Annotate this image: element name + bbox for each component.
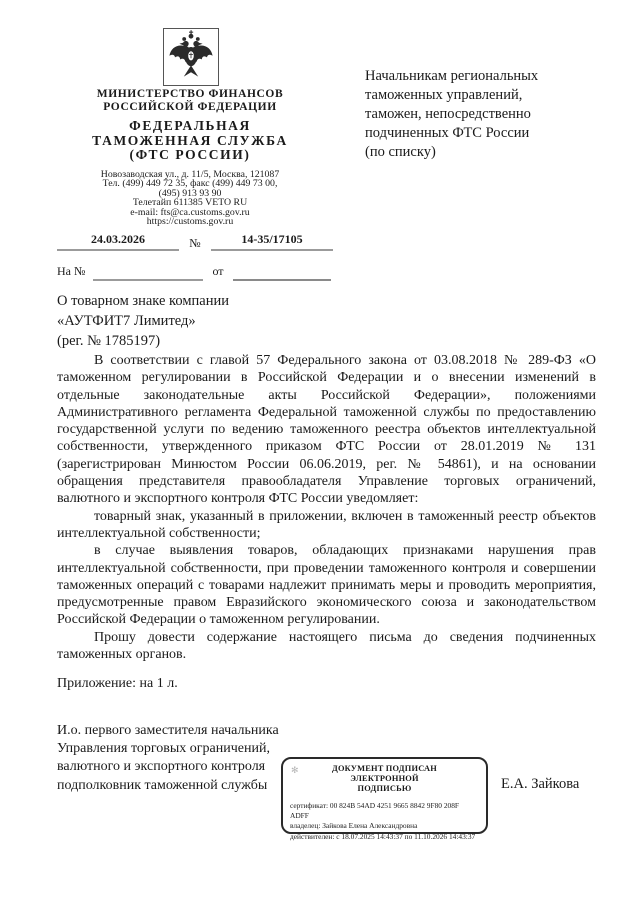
contact-info: Новозаводская ул., д. 11/5, Москва, 1210… (45, 170, 335, 228)
addressee-line: Начальникам региональных (365, 67, 615, 86)
reply-from-label: от (203, 264, 233, 281)
reference-block: 24.03.2026 № 14-35/17105 На № от (57, 232, 333, 281)
incoming-ref-row: На № от (57, 264, 333, 281)
letter-date: 24.03.2026 (57, 232, 179, 251)
signer-position-line: валютного и экспортного контроля (57, 758, 297, 776)
addressee-line: подчиненных ФТС России (365, 124, 615, 143)
signer-position-block: И.о. первого заместителя начальника Упра… (57, 722, 297, 795)
agency-name-line1: ФЕДЕРАЛЬНАЯ (45, 119, 335, 134)
letter-page: МИНИСТЕРСТВО ФИНАНСОВ РОССИЙСКОЙ ФЕДЕРАЦ… (0, 0, 640, 905)
addressee-line: таможен, непосредственно (365, 105, 615, 124)
body-paragraph: в случае выявления товаров, обладающих п… (57, 542, 596, 628)
body-paragraph: товарный знак, указанный в приложении, в… (57, 508, 596, 543)
small-crest-icon: ✻ (291, 765, 299, 776)
russia-coat-of-arms-icon (167, 29, 215, 86)
subject-line: (рег. № 1785197) (57, 331, 357, 351)
subject-block: О товарном знаке компании «АУТФИТ7 Лимит… (57, 291, 357, 351)
body-paragraph: Прошу довести содержание настоящего пись… (57, 629, 596, 664)
agency-name: ФЕДЕРАЛЬНАЯ ТАМОЖЕННАЯ СЛУЖБА (ФТС РОССИ… (45, 119, 335, 163)
signer-position-line: И.о. первого заместителя начальника (57, 722, 297, 740)
reply-number-blank (93, 265, 203, 281)
agency-name-line2: ТАМОЖЕННАЯ СЛУЖБА (45, 134, 335, 149)
outgoing-ref-row: 24.03.2026 № 14-35/17105 (57, 232, 333, 251)
addressee-line: (по списку) (365, 143, 615, 162)
addressee-block: Начальникам региональных таможенных упра… (365, 67, 615, 162)
electronic-signature-stamp: ✻ ДОКУМЕНТ ПОДПИСАН ЭЛЕКТРОННОЙ ПОДПИСЬЮ… (281, 757, 488, 834)
signer-position-line: подполковник таможенной службы (57, 777, 297, 795)
stamp-owner: владелец: Зайкова Елена Александровна (290, 821, 479, 831)
attachment-note: Приложение: на 1 л. (57, 676, 178, 692)
stamp-certificate: сертификат: 00 824B 54AD 4251 9665 8842 … (290, 801, 479, 821)
reply-date-blank (233, 265, 331, 281)
stamp-title-line2: ПОДПИСЬЮ (300, 784, 469, 794)
website-line: https://customs.gov.ru (45, 217, 335, 227)
ministry-name-line1: МИНИСТЕРСТВО ФИНАНСОВ (45, 88, 335, 101)
reply-to-label: На № (57, 264, 93, 281)
stamp-title-line1: ДОКУМЕНТ ПОДПИСАН ЭЛЕКТРОННОЙ (300, 764, 469, 784)
agency-name-line3: (ФТС РОССИИ) (45, 148, 335, 163)
letterhead: МИНИСТЕРСТВО ФИНАНСОВ РОССИЙСКОЙ ФЕДЕРАЦ… (45, 88, 335, 227)
coat-of-arms-frame (163, 28, 219, 86)
number-sign: № (179, 236, 211, 251)
addressee-line: таможенных управлений, (365, 86, 615, 105)
letter-number: 14-35/17105 (211, 232, 333, 251)
stamp-validity: действителен: с 18.07.2025 14:43:37 по 1… (290, 832, 479, 842)
subject-line: «АУТФИТ7 Лимитед» (57, 311, 357, 331)
signer-position-line: Управления торговых ограничений, (57, 740, 297, 758)
ministry-name-line2: РОССИЙСКОЙ ФЕДЕРАЦИИ (45, 101, 335, 114)
letter-body: В соответствии с главой 57 Федерального … (57, 352, 596, 663)
body-paragraph: В соответствии с главой 57 Федерального … (57, 352, 596, 508)
signer-name: Е.А. Зайкова (501, 776, 611, 793)
subject-line: О товарном знаке компании (57, 291, 357, 311)
